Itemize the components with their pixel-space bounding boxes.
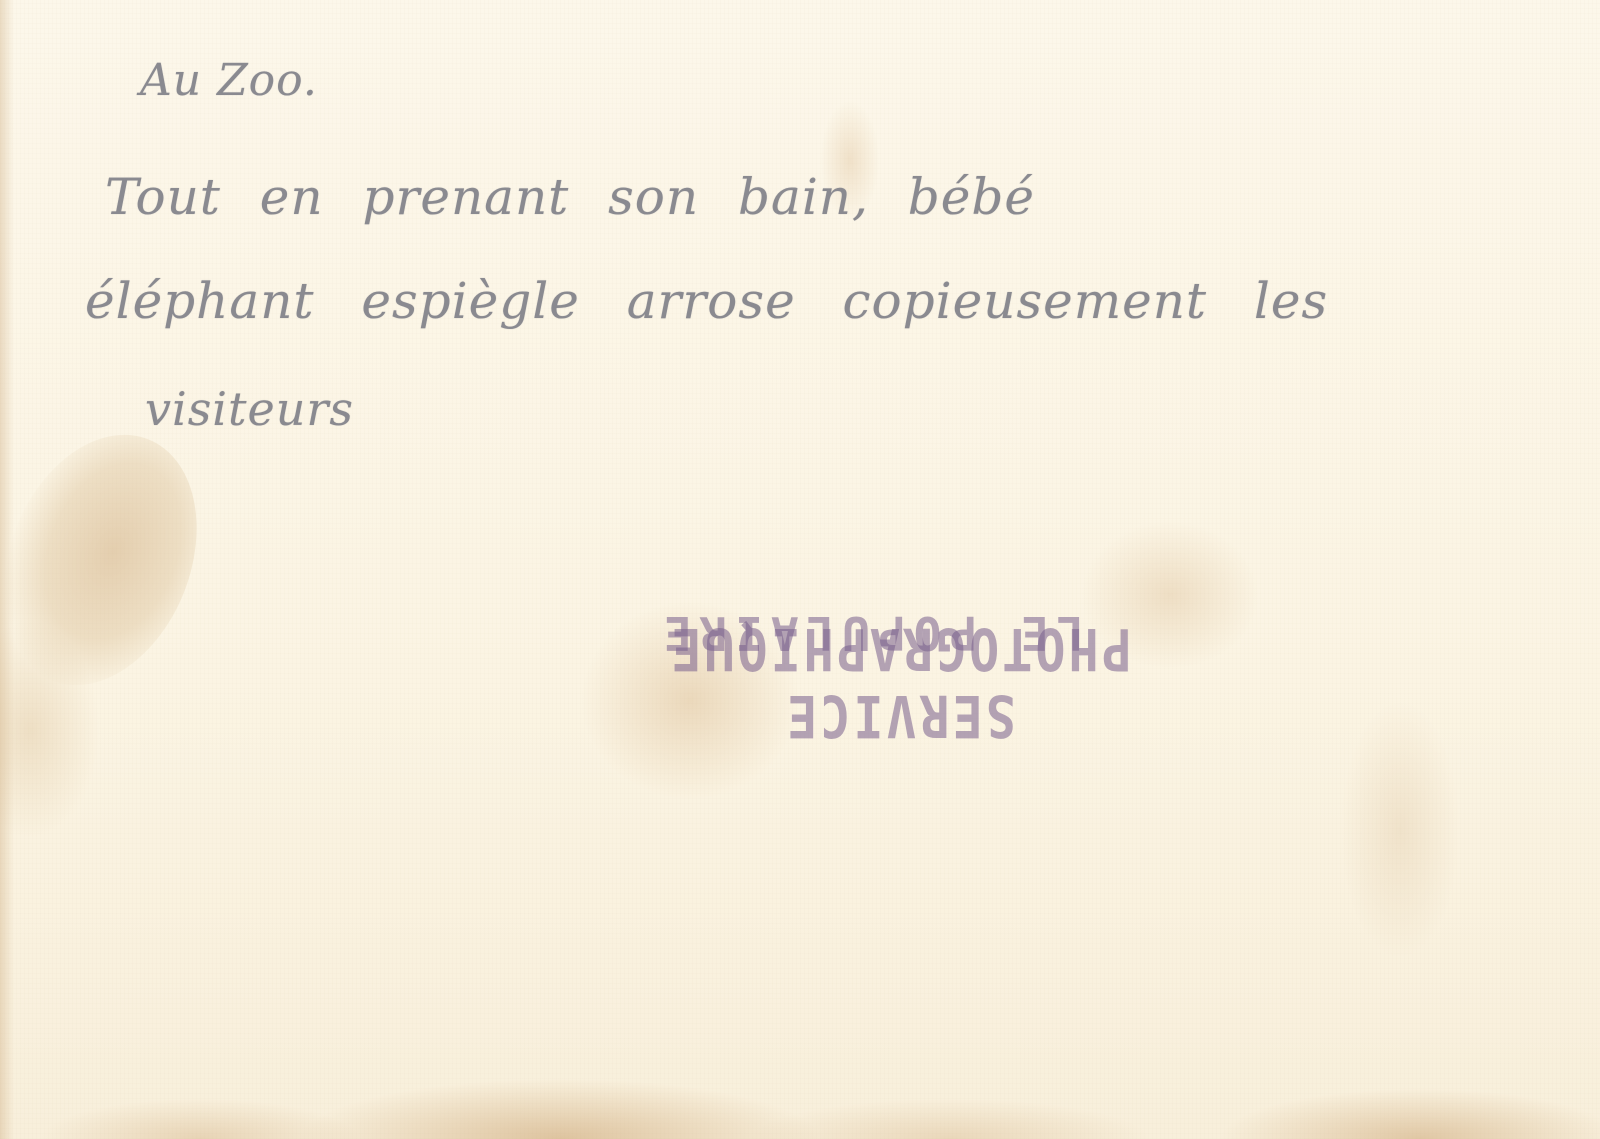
stamp-line-2: SERVICE PHOTOGRAPHIQUE [580,615,1220,748]
publisher-stamp: LE POPULAIRE SERVICE PHOTOGRAPHIQUE [580,585,1220,755]
caption-heading: Au Zoo. [140,55,318,106]
water-stain-bottom-edge [0,1049,1600,1139]
water-stain-left [0,406,232,714]
caption-line-3: visiteurs [145,382,354,436]
caption-line-2: éléphant espiègle arrose copieusement le… [85,272,1328,330]
caption-line-1: Tout en prenant son bain, bébé [105,168,1035,226]
edge-discoloration [0,0,14,1139]
water-stain-left-lower [0,620,100,840]
water-stain-right [1340,700,1460,960]
photo-back-card: Au Zoo. Tout en prenant son bain, bébé é… [0,0,1600,1139]
